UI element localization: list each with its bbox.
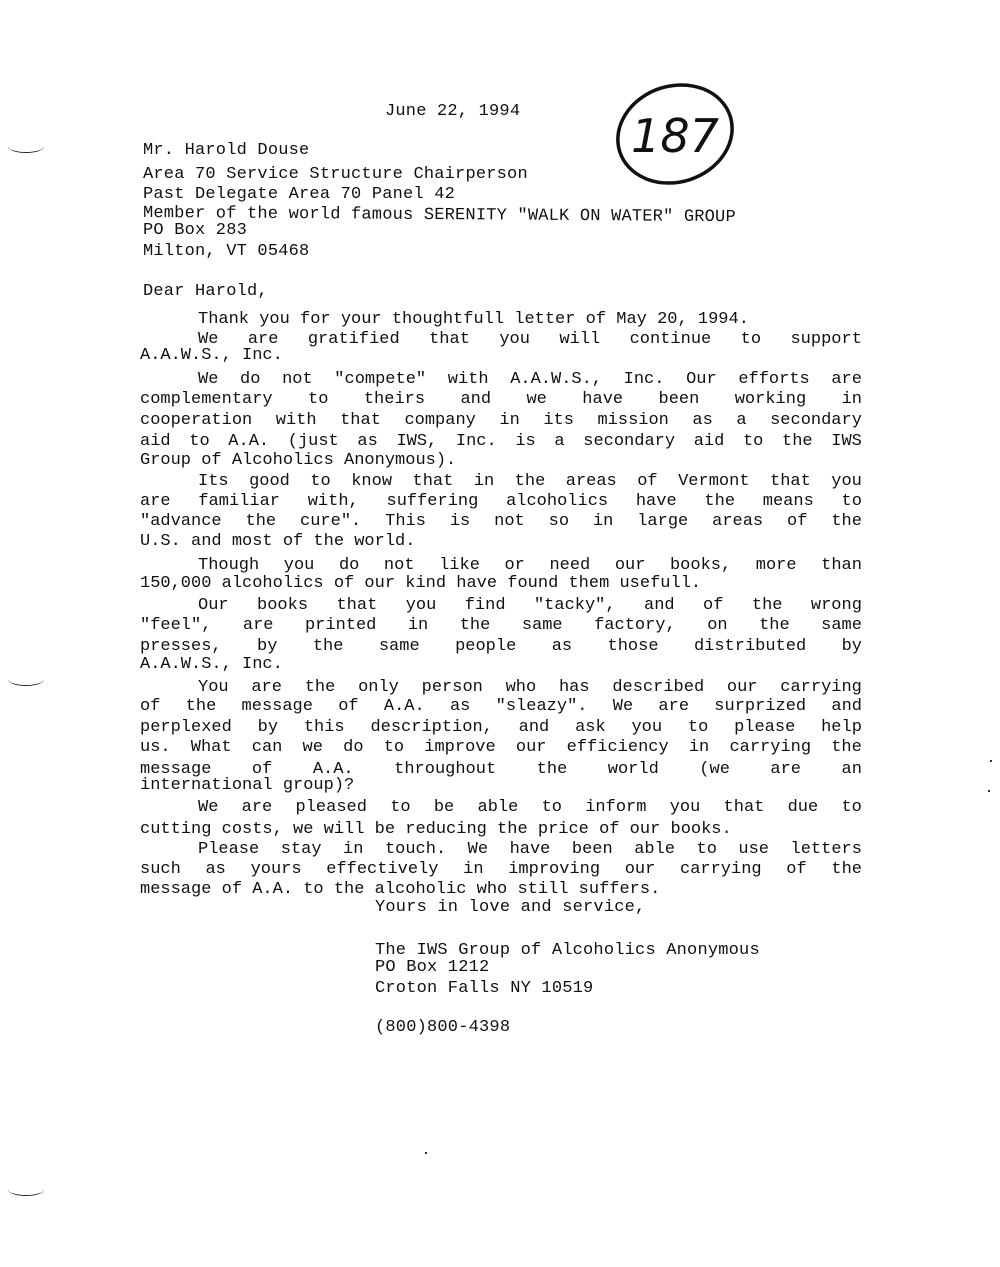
body-line: Thank you for your thoughtfull letter of… — [198, 310, 862, 330]
body-line: complementarytotheirsandwehavebeenworkin… — [140, 390, 862, 410]
body-line: arefamiliarwith,sufferingalcoholicshavet… — [140, 492, 862, 512]
scan-speck — [988, 790, 990, 792]
body-line: Ourbooksthatyoufind"tacky",andofthewrong — [198, 596, 862, 616]
body-line: perplexedbythisdescription,andaskyoutopl… — [140, 718, 862, 738]
recipient-address: Milton, VT 05468 — [143, 242, 309, 262]
body-line: aidtoA.A.(justasIWS,Inc.isasecondaryaidt… — [140, 432, 862, 452]
body-line: Group of Alcoholics Anonymous). — [140, 451, 862, 471]
body-line: suchasyourseffectivelyinimprovingourcarr… — [140, 860, 862, 880]
body-line: Wedonot"compete"withA.A.W.S.,Inc.Oureffo… — [198, 370, 862, 390]
body-line: U.S. and most of the world. — [140, 532, 862, 552]
sender-address: PO Box 1212 — [375, 958, 489, 978]
punch-hole-mark — [8, 673, 44, 686]
svg-text:187: 187 — [631, 109, 719, 163]
body-line: Youaretheonlypersonwhohasdescribedourcar… — [198, 678, 862, 698]
recipient-name: Mr. Harold Douse — [143, 141, 309, 161]
body-line: message of A.A. to the alcoholic who sti… — [140, 880, 862, 900]
body-line: cutting costs, we will be reducing the p… — [140, 820, 862, 840]
body-line: ofthemessageofA.A.as"sleazy".Wearesurpri… — [140, 697, 862, 717]
scan-speck — [990, 760, 992, 762]
punch-hole-mark — [8, 140, 44, 153]
letter-date: June 22, 1994 — [385, 102, 520, 122]
closing: Yours in love and service, — [375, 898, 645, 918]
handwritten-page-number-stamp: 187 — [612, 80, 738, 188]
sender-phone: (800)800-4398 — [375, 1018, 510, 1038]
recipient-title: Area 70 Service Structure Chairperson — [143, 165, 528, 185]
scan-speck — [425, 1152, 427, 1154]
recipient-address: PO Box 283 — [143, 221, 247, 241]
body-line: presses,bythesamepeopleasthosedistribute… — [140, 637, 862, 657]
body-line: "advancethecure".Thisisnotsoinlargeareas… — [140, 512, 862, 532]
body-line: international group)? — [140, 776, 862, 796]
body-line: Thoughyoudonotlikeorneedourbooks,moretha… — [198, 556, 862, 576]
punch-hole-mark — [8, 1183, 44, 1196]
body-line: "feel",areprintedinthesamefactory,onthes… — [140, 616, 862, 636]
body-line: cooperationwiththatcompanyinitsmissionas… — [140, 411, 862, 431]
body-line: A.A.W.S., Inc. — [140, 655, 862, 675]
body-line: Wearepleasedtobeabletoinformyouthatdueto — [198, 798, 862, 818]
body-line: 150,000 alcoholics of our kind have foun… — [140, 574, 862, 594]
body-line: Pleasestayintouch.Wehavebeenabletouselet… — [198, 840, 862, 860]
sender-address: Croton Falls NY 10519 — [375, 979, 593, 999]
body-line: ItsgoodtoknowthatintheareasofVermontthat… — [198, 472, 862, 492]
recipient-title: Past Delegate Area 70 Panel 42 — [143, 185, 455, 205]
body-line: A.A.W.S., Inc. — [140, 346, 862, 366]
body-line: us.Whatcanwedotoimproveourefficiencyinca… — [140, 738, 862, 758]
salutation: Dear Harold, — [143, 282, 268, 302]
